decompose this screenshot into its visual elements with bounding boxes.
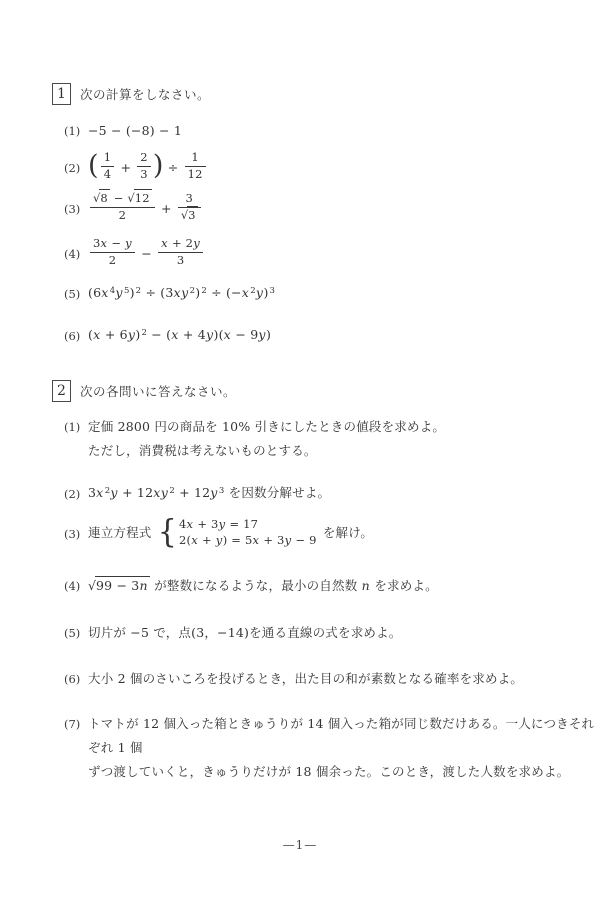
math-text: + 4 bbox=[179, 327, 206, 342]
math-text: )( bbox=[214, 327, 224, 342]
math-text: + bbox=[157, 201, 176, 216]
math-text: 3 bbox=[140, 167, 148, 181]
square-root: √3 bbox=[181, 206, 198, 222]
math-exponent: 2 bbox=[141, 328, 147, 338]
math-variable: x bbox=[171, 327, 179, 342]
problem-expression: (x + 6y)2 − (x + 4y)(x − 9y) bbox=[88, 323, 271, 349]
math-text: ) = 5 bbox=[223, 533, 253, 547]
math-text: ) bbox=[263, 285, 268, 300]
math-text: − 9 bbox=[292, 533, 317, 547]
math-text: + 12 bbox=[175, 485, 210, 500]
problem-number: (6) bbox=[64, 324, 88, 348]
math-variable: x bbox=[242, 285, 250, 300]
math-text: トマトが 12 個入った箱ときゅうりが 14 個入った箱が同じ数だけある。一人に… bbox=[88, 716, 594, 755]
math-exponent: 4 bbox=[110, 286, 116, 296]
math-text: + 2 bbox=[168, 236, 193, 250]
math-variable: y bbox=[125, 236, 132, 250]
math-text: − 9 bbox=[231, 327, 258, 342]
problem-1-4: (4) 3x − y2 − x + 2y3 bbox=[64, 239, 205, 270]
math-text: を求めよ。 bbox=[370, 578, 438, 593]
problem-number: (4) bbox=[64, 574, 88, 598]
problem-expression: 連立方程式 {4x + 3y = 172(x + y) = 5x + 3y − … bbox=[88, 518, 373, 549]
problem-2-1: (1) 定価 2800 円の商品を 10% 引きにしたときの値段を求めよ。ただし… bbox=[64, 415, 445, 463]
section-2-title: 次の各問いに答えなさい。 bbox=[80, 382, 236, 400]
math-text: ) bbox=[130, 285, 135, 300]
math-text: を因数分解せよ。 bbox=[224, 485, 330, 500]
math-exponent: 2 bbox=[201, 286, 207, 296]
math-text: + bbox=[198, 533, 216, 547]
equation-system: {4x + 3y = 172(x + y) = 5x + 3y − 9 bbox=[158, 517, 317, 548]
problem-1-3: (3) √8 − √122 + 3√3 bbox=[64, 194, 203, 225]
square-root: √8 bbox=[93, 189, 110, 205]
section-1-number: 1 bbox=[52, 83, 71, 105]
problem-expression: (14 + 23) ÷ 112 bbox=[88, 153, 208, 184]
problem-expression: 大小 2 個のさいころを投げるとき，出た目の和が素数となる確率を求めよ。 bbox=[88, 667, 523, 691]
math-text: 1 bbox=[191, 150, 199, 164]
math-text: ÷ bbox=[164, 160, 183, 175]
problem-number: (2) bbox=[64, 156, 88, 180]
problem-number: (1) bbox=[64, 415, 88, 439]
math-text: 1 bbox=[104, 150, 112, 164]
math-text: 2 bbox=[109, 253, 117, 267]
math-text: + bbox=[116, 160, 135, 175]
problem-expression: 3x − y2 − x + 2y3 bbox=[88, 239, 205, 270]
problem-expression: 3x2y + 12xy2 + 12y3 を因数分解せよ。 bbox=[88, 481, 330, 507]
problem-2-4: (4) √99 − 3n が整数になるような，最小の自然数 n を求めよ。 bbox=[64, 574, 438, 598]
problem-2-7: (7) トマトが 12 個入った箱ときゅうりが 14 個入った箱が同じ数だけある… bbox=[64, 712, 600, 784]
square-root: √99 − 3n bbox=[88, 576, 150, 593]
math-text: (6 bbox=[88, 285, 101, 300]
problem-expression: トマトが 12 個入った箱ときゅうりが 14 個入った箱が同じ数だけある。一人に… bbox=[88, 712, 600, 784]
fraction: 112 bbox=[185, 151, 206, 182]
math-text: 4 bbox=[179, 517, 187, 531]
math-text: ) bbox=[135, 327, 140, 342]
math-variable: x bbox=[93, 327, 101, 342]
problem-expression: (6x4y5)2 ÷ (3xy2)2 ÷ (−x2y)3 bbox=[88, 281, 275, 307]
problem-2-2: (2) 3x2y + 12xy2 + 12y3 を因数分解せよ。 bbox=[64, 481, 330, 507]
fraction: √8 − √122 bbox=[90, 192, 155, 223]
problem-2-3: (3) 連立方程式 {4x + 3y = 172(x + y) = 5x + 3… bbox=[64, 518, 373, 549]
big-paren: ( bbox=[88, 150, 99, 181]
problem-number: (7) bbox=[64, 712, 88, 736]
problem-expression: 定価 2800 円の商品を 10% 引きにしたときの値段を求めよ。ただし，消費税… bbox=[88, 415, 445, 463]
fraction: 3x − y2 bbox=[90, 237, 135, 268]
math-text: + 12 bbox=[118, 485, 153, 500]
math-exponent: 5 bbox=[124, 286, 130, 296]
math-text: 切片が −5 で，点(3，−14)を通る直線の式を求めよ。 bbox=[88, 625, 402, 640]
math-text: 2 bbox=[140, 150, 148, 164]
math-variable: x bbox=[96, 485, 104, 500]
math-variable: y bbox=[258, 327, 266, 342]
problem-number: (2) bbox=[64, 482, 88, 506]
fraction: x + 2y3 bbox=[158, 237, 203, 268]
system-brace-icon: { bbox=[158, 517, 177, 549]
math-variable: y bbox=[110, 485, 118, 500]
math-text: 3 bbox=[177, 253, 185, 267]
fraction: 23 bbox=[137, 151, 151, 182]
math-text: ÷ (3 bbox=[141, 285, 173, 300]
math-variable: xy bbox=[174, 285, 189, 300]
problem-number: (4) bbox=[64, 242, 88, 266]
math-text: 8 bbox=[100, 191, 108, 205]
math-variable: x bbox=[253, 533, 260, 547]
problem-number: (1) bbox=[64, 119, 88, 143]
problem-number: (6) bbox=[64, 667, 88, 691]
problem-1-1: (1) −5 − (−8) − 1 bbox=[64, 119, 182, 143]
math-exponent: 2 bbox=[190, 286, 196, 296]
math-text: ) bbox=[266, 327, 271, 342]
math-variable: y bbox=[115, 285, 123, 300]
math-variable: n bbox=[362, 578, 371, 593]
math-text: −5 − (−8) − 1 bbox=[88, 123, 182, 138]
problem-1-5: (5) (6x4y5)2 ÷ (3xy2)2 ÷ (−x2y)3 bbox=[64, 281, 275, 307]
problem-expression: √99 − 3n が整数になるような，最小の自然数 n を求めよ。 bbox=[88, 574, 438, 598]
math-text: ずつ渡していくと，きゅうりだけが 18 個余った。このとき，渡した人数を求めよ。 bbox=[88, 764, 569, 779]
math-variable: xy bbox=[153, 485, 168, 500]
math-variable: y bbox=[219, 517, 226, 531]
math-variable: x bbox=[187, 517, 194, 531]
math-exponent: 3 bbox=[219, 486, 225, 496]
big-paren: ) bbox=[153, 150, 164, 181]
page-number: —1— bbox=[0, 838, 600, 852]
math-text: 12 bbox=[135, 191, 150, 205]
math-variable: n bbox=[139, 578, 148, 593]
section-1-title: 次の計算をしなさい。 bbox=[80, 85, 210, 103]
math-variable: y bbox=[216, 533, 223, 547]
math-text: + 3 bbox=[194, 517, 219, 531]
math-variable: x bbox=[101, 285, 109, 300]
math-text: 2 bbox=[119, 208, 127, 222]
math-exponent: 2 bbox=[136, 286, 142, 296]
fraction: 14 bbox=[101, 151, 115, 182]
math-text: 4 bbox=[104, 167, 112, 181]
math-text: = 17 bbox=[226, 517, 259, 531]
section-2-header: 2 次の各問いに答えなさい。 bbox=[52, 380, 236, 402]
math-text: 99 − 3 bbox=[96, 578, 139, 593]
math-variable: y bbox=[285, 533, 292, 547]
problem-number: (3) bbox=[64, 522, 88, 546]
math-text: 3 bbox=[185, 191, 193, 205]
math-text: + 6 bbox=[101, 327, 128, 342]
math-exponent: 2 bbox=[105, 486, 111, 496]
math-text: ÷ (− bbox=[207, 285, 242, 300]
math-text: 大小 2 個のさいころを投げるとき，出た目の和が素数となる確率を求めよ。 bbox=[88, 671, 523, 686]
math-text: 2( bbox=[179, 533, 191, 547]
math-variable: y bbox=[206, 327, 214, 342]
math-text: − bbox=[108, 236, 126, 250]
math-text: 連立方程式 bbox=[88, 525, 156, 540]
problem-number: (3) bbox=[64, 197, 88, 221]
math-text: を解け。 bbox=[319, 525, 373, 540]
math-text: 3 bbox=[188, 208, 196, 222]
math-text: 3 bbox=[93, 236, 101, 250]
problem-expression: −5 − (−8) − 1 bbox=[88, 119, 182, 143]
problem-2-6: (6) 大小 2 個のさいころを投げるとき，出た目の和が素数となる確率を求めよ。 bbox=[64, 667, 523, 691]
math-text: が整数になるような，最小の自然数 bbox=[150, 578, 362, 593]
math-variable: x bbox=[101, 236, 108, 250]
radical-icon: √ bbox=[127, 191, 133, 205]
problem-2-5: (5) 切片が −5 で，点(3，−14)を通る直線の式を求めよ。 bbox=[64, 621, 402, 645]
problem-expression: 切片が −5 で，点(3，−14)を通る直線の式を求めよ。 bbox=[88, 621, 402, 645]
math-text: + 3 bbox=[260, 533, 285, 547]
problem-1-2: (2) (14 + 23) ÷ 112 bbox=[64, 153, 208, 184]
math-text: ) bbox=[195, 285, 200, 300]
math-text: 定価 2800 円の商品を 10% 引きにしたときの値段を求めよ。 bbox=[88, 419, 445, 434]
math-variable: y bbox=[210, 485, 218, 500]
math-text: − bbox=[110, 191, 128, 205]
fraction: 3√3 bbox=[178, 192, 201, 223]
math-text: ただし，消費税は考えないものとする。 bbox=[88, 443, 317, 458]
radical-icon: √ bbox=[88, 578, 95, 593]
math-text: − ( bbox=[147, 327, 171, 342]
square-root: √12 bbox=[127, 189, 151, 205]
math-exponent: 3 bbox=[270, 286, 276, 296]
section-1-header: 1 次の計算をしなさい。 bbox=[52, 83, 210, 105]
math-text: 12 bbox=[188, 167, 203, 181]
exam-paper: 1 次の計算をしなさい。 (1) −5 − (−8) − 1 (2) (14 +… bbox=[0, 0, 600, 900]
math-variable: y bbox=[193, 236, 200, 250]
math-text: − bbox=[137, 246, 156, 261]
math-exponent: 2 bbox=[169, 486, 175, 496]
math-exponent: 2 bbox=[250, 286, 256, 296]
problem-expression: √8 − √122 + 3√3 bbox=[88, 194, 203, 225]
problem-number: (5) bbox=[64, 621, 88, 645]
section-2-number: 2 bbox=[52, 380, 71, 402]
math-text: 3 bbox=[88, 485, 96, 500]
problem-1-6: (6) (x + 6y)2 − (x + 4y)(x − 9y) bbox=[64, 323, 271, 349]
problem-number: (5) bbox=[64, 282, 88, 306]
